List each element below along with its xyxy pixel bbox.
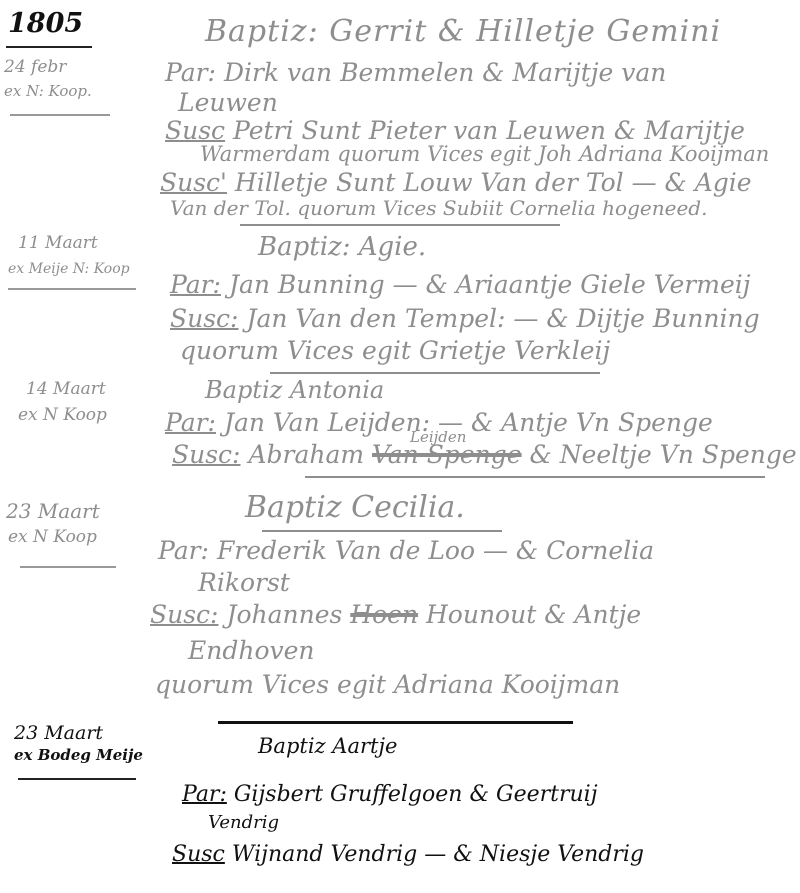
year-heading: 1805 [8,8,83,39]
entry-1-date: 24 febr [4,56,66,78]
entry-1-sponsor-2-cont: Van der Tol. quorum Vices Subiit Corneli… [170,196,707,220]
entry-2-note: ex Meije N: Koop [8,258,130,280]
entry-3-title: Baptiz Antonia [205,376,384,404]
entry-4-title-underline [262,530,502,532]
entry-5-note: ex Bodeg Meije [14,744,143,766]
sponsors-label: Susc: [150,600,218,629]
parents-label: Par: [165,58,216,87]
parents-label: Par: [170,270,221,299]
entry-3-separator [305,476,765,478]
parents-label: Par: [182,782,227,807]
parents-names: Jan Bunning — & Ariaantje Giele Vermeij [229,270,751,299]
entry-4-title: Baptiz Cecilia. [245,490,465,525]
sponsor-text: Wijnand Vendrig — & Niesje Vendrig [232,842,644,867]
entry-4-note: ex N Koop [8,526,97,548]
entry-1-sponsor-1: Susc Petri Sunt Pieter van Leuwen & Mari… [165,116,745,145]
entry-5-parents-cont: Vendrig [208,812,279,833]
sponsors-label: Susc [172,842,225,867]
entry-4-parents: Par: Frederik Van de Loo — & Cornelia [158,536,654,565]
entry-1-note: ex N: Koop. [4,80,92,102]
entry-5-top-rule [218,721,573,724]
entry-4-sponsor-1: Susc: Johannes Hoen Hounout & Antje [150,600,641,629]
entry-3-date: 14 Maart [26,378,106,400]
parents-label: Par: [158,536,209,565]
entry-1-sponsor-1-cont: Warmerdam quorum Vices egit Joh Adriana … [200,142,769,166]
entry-4-date: 23 Maart [6,500,100,522]
entry-3-sponsor-1: Susc: Abraham Van Spenge & Neeltje Vn Sp… [172,440,797,469]
entry-5-margin-rule [18,778,136,780]
sponsors-label: Susc [165,116,225,145]
sponsor-text: Hounout & Antje [426,600,641,629]
entry-3-note: ex N Koop [18,404,107,426]
entry-5-sponsor-1: Susc Wijnand Vendrig — & Niesje Vendrig [172,842,644,867]
sponsor-name: Abraham [248,440,364,469]
sponsor-text: & Neeltje Vn Spenge [530,440,797,469]
entry-1-parents-cont: Leuwen [178,88,278,117]
struck-text: Hoen [350,600,418,629]
sponsors-label: Susc: [170,304,238,333]
entry-2-margin-rule [8,288,136,290]
year-underline [6,46,92,48]
entry-5-date: 23 Maart [14,722,103,744]
entry-2-date: 11 Maart [18,232,98,254]
entry-5-title: Baptiz Aartje [258,734,397,758]
parents-names: Frederik Van de Loo — & Cornelia [217,536,654,565]
entry-1-sponsor-2: Susc' Hilletje Sunt Louw Van der Tol — &… [160,168,752,197]
entry-4-margin-rule [20,566,116,568]
entry-2-title: Baptiz: Agie. [258,232,426,262]
sponsor-text: Hilletje Sunt Louw Van der Tol — & Agie [235,168,752,197]
entry-1-parents: Par: Dirk van Bemmelen & Marijtje van [165,58,666,87]
register-page: 1805 24 febr ex N: Koop. Baptiz: Gerrit … [0,0,800,893]
sponsor-text: Petri Sunt Pieter van Leuwen & Marijtje [233,116,745,145]
sponsors-label: Susc' [160,168,227,197]
sponsors-label: Susc: [172,440,240,469]
sponsor-name: Johannes [226,600,342,629]
entry-4-parents-cont: Rikorst [198,568,290,597]
entry-2-separator [270,372,600,374]
entry-2-sponsor-1: Susc: Jan Van den Tempel: — & Dijtje Bun… [170,304,760,333]
entry-5-parents: Par: Gijsbert Gruffelgoen & Geertruij [182,782,598,807]
entry-2-parents: Par: Jan Bunning — & Ariaantje Giele Ver… [170,270,750,299]
entry-2-sponsor-1-cont: quorum Vices egit Grietje Verkleij [180,336,610,365]
entry-1-title: Baptiz: Gerrit & Hilletje Gemini [205,14,721,49]
parents-names: Jan Van Leijden: — & Antje Vn Spenge [224,408,713,437]
entry-4-sponsor-1-cont: Endhoven [188,636,315,665]
parents-label: Par: [165,408,216,437]
entry-1-margin-rule [10,114,110,116]
entry-1-separator [240,224,560,226]
parents-names: Dirk van Bemmelen & Marijtje van [224,58,666,87]
parents-names: Gijsbert Gruffelgoen & Geertruij [234,782,598,807]
entry-4-sponsor-1-cont2: quorum Vices egit Adriana Kooijman [155,670,620,699]
sponsor-text: Jan Van den Tempel: — & Dijtje Bunning [246,304,759,333]
entry-3-insertion: Leijden [410,428,466,446]
